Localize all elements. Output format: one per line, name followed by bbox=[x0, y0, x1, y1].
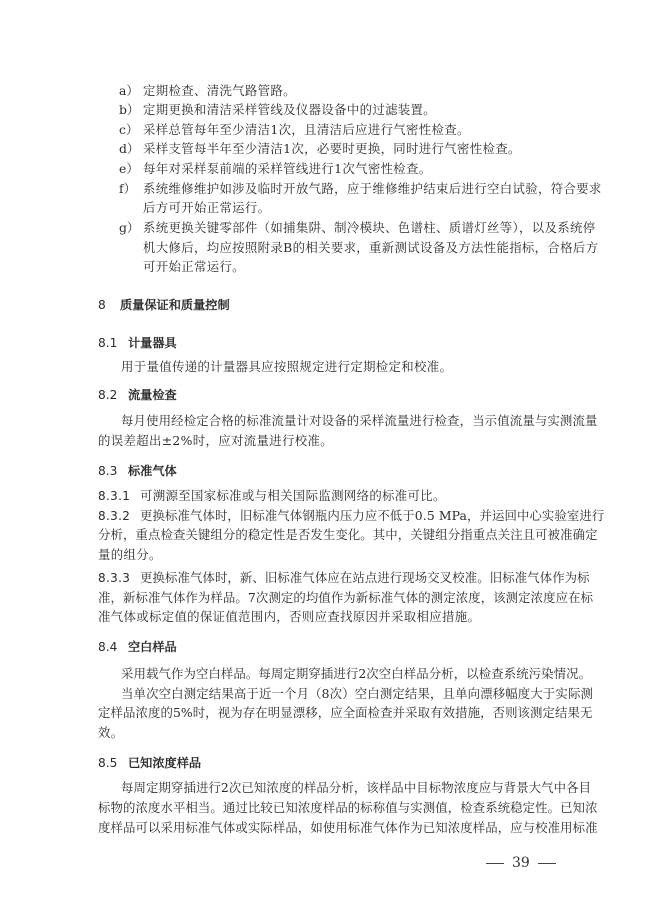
section-title: 空白样品 bbox=[128, 640, 177, 654]
list-item-f-line1: 系统维修维护如涉及临时开放气路，应于维修维护结束后进行空白试验，符合要求 bbox=[143, 181, 602, 197]
section-number: 8.2 bbox=[98, 387, 128, 403]
list-label-b: b） bbox=[119, 102, 139, 118]
section-8-5-body-line3: 度样品可以采用标准气体或实际样品，如使用标准气体作为已知浓度样品，应与校准用标准 bbox=[98, 820, 598, 836]
section-8-2-body-line2: 的误差超出±2%时，应对流量进行校准。 bbox=[98, 433, 333, 449]
section-number: 8.3 bbox=[98, 463, 128, 479]
section-title: 标准气体 bbox=[128, 464, 177, 478]
clause-8-3-2-line3: 量的组分。 bbox=[98, 547, 162, 563]
clause-8-3-3-line1: 更换标准气体时，新、旧标准气体应在站点进行现场交叉校准。旧标准气体作为标 bbox=[140, 570, 590, 586]
list-item-a: 定期检查、清洗气路管路。 bbox=[143, 83, 296, 99]
section-title: 流量检查 bbox=[128, 388, 177, 402]
section-title: 计量器具 bbox=[128, 336, 177, 350]
clause-8-3-2-number: 8.3.2 bbox=[98, 508, 130, 524]
section-8-4-body-line2: 当单次空白测定结果高于近一个月（8次）空白测定结果，且单向漂移幅度大于实际测 bbox=[121, 686, 593, 702]
list-label-g: g） bbox=[119, 220, 139, 236]
section-8-5-body-line1: 每周定期穿插进行2次已知浓度的样品分析，该样品中目标物浓度应与背景大气中各目 bbox=[121, 780, 591, 796]
section-8-5-body-line2: 标物的浓度水平相当。通过比较已知浓度样品的标称值与实测值，检查系统稳定性。已知浓 bbox=[98, 800, 598, 816]
section-8-4-body-line1: 采用载气作为空白样品。每周定期穿插进行2次空白样品分析，以检查系统污染情况。 bbox=[121, 666, 591, 682]
list-item-f-line2: 后方可开始正常运行。 bbox=[143, 200, 270, 216]
section-title: 已知浓度样品 bbox=[128, 756, 201, 770]
section-8-4-body-line4: 效。 bbox=[98, 725, 123, 741]
list-item-g-line2: 机大修后，均应按照附录B的相关要求，重新测试设备及方法性能指标，合格后方 bbox=[143, 240, 598, 256]
section-8-4-heading: 8.4空白样品 bbox=[98, 639, 177, 655]
section-8-1-body: 用于量值传递的计量器具应按照规定进行定期检定和校准。 bbox=[121, 359, 452, 375]
section-number: 8.1 bbox=[98, 335, 128, 351]
section-8-4-body-line3: 定样品浓度的5%时，视为存在明显漂移，应全面检查并采取有效措施，否则该测定结果无 bbox=[98, 705, 593, 721]
list-label-a: a） bbox=[119, 83, 139, 99]
section-8-1-heading: 8.1计量器具 bbox=[98, 335, 177, 351]
section-8-2-heading: 8.2流量检查 bbox=[98, 387, 177, 403]
section-number: 8.5 bbox=[98, 755, 128, 771]
dash-right bbox=[538, 863, 556, 864]
list-item-g-line3: 可开始正常运行。 bbox=[143, 259, 245, 275]
clause-8-3-1-number: 8.3.1 bbox=[98, 488, 130, 504]
dash-left bbox=[486, 863, 504, 864]
clause-8-3-3-line2: 准，新标准气体作为样品。7次测定的均值作为新标准气体的测定浓度，该测定浓度应在标 bbox=[98, 590, 593, 606]
clause-8-3-3-line3: 准气体或标定值的保证值范围内，否则应查找原因并采取相应措施。 bbox=[98, 609, 480, 625]
clause-8-3-2-line2: 分析，重点检查关键组分的稳定性是否发生变化。其中，关键组分指重点关注且可被准确定 bbox=[98, 527, 598, 543]
list-item-e: 每年对采样泵前端的采样管线进行1次气密性检查。 bbox=[143, 161, 432, 177]
list-label-d: d） bbox=[119, 141, 139, 157]
list-item-c: 采样总管每年至少清洁1次，且清洁后应进行气密性检查。 bbox=[143, 122, 470, 138]
page-footer: 39 bbox=[478, 855, 564, 871]
section-8-heading: 8质量保证和质量控制 bbox=[98, 297, 230, 313]
list-item-g-line1: 系统更换关键零部件（如捕集阱、制冷模块、色谱柱、质谱灯丝等），以及系统停 bbox=[143, 220, 595, 236]
section-number: 8 bbox=[98, 297, 120, 313]
list-item-d: 采样支管每半年至少清洁1次，必要时更换，同时进行气密性检查。 bbox=[143, 141, 521, 157]
list-label-f: f） bbox=[119, 181, 136, 197]
section-title: 质量保证和质量控制 bbox=[120, 298, 230, 312]
page-number: 39 bbox=[512, 855, 530, 871]
list-label-e: e） bbox=[119, 161, 139, 177]
section-8-2-body-line1: 每月使用经检定合格的标准流量计对设备的采样流量进行检查，当示值流量与实测流量 bbox=[121, 413, 598, 429]
clause-8-3-1-text: 可溯源至国家标准或与相关国际监测网络的标准可比。 bbox=[140, 488, 446, 504]
document-page: a） 定期检查、清洗气路管路。 b） 定期更换和清洁采样管线及仪器设备中的过滤装… bbox=[0, 0, 650, 919]
section-number: 8.4 bbox=[98, 639, 128, 655]
clause-8-3-3-number: 8.3.3 bbox=[98, 570, 130, 586]
clause-8-3-2-line1: 更换标准气体时，旧标准气体钢瓶内压力应不低于0.5 MPa，并运回中心实验室进行 bbox=[140, 508, 604, 524]
section-8-3-heading: 8.3标准气体 bbox=[98, 463, 177, 479]
section-8-5-heading: 8.5已知浓度样品 bbox=[98, 755, 201, 771]
list-item-b: 定期更换和清洁采样管线及仪器设备中的过滤装置。 bbox=[143, 102, 436, 118]
list-label-c: c） bbox=[119, 122, 138, 138]
